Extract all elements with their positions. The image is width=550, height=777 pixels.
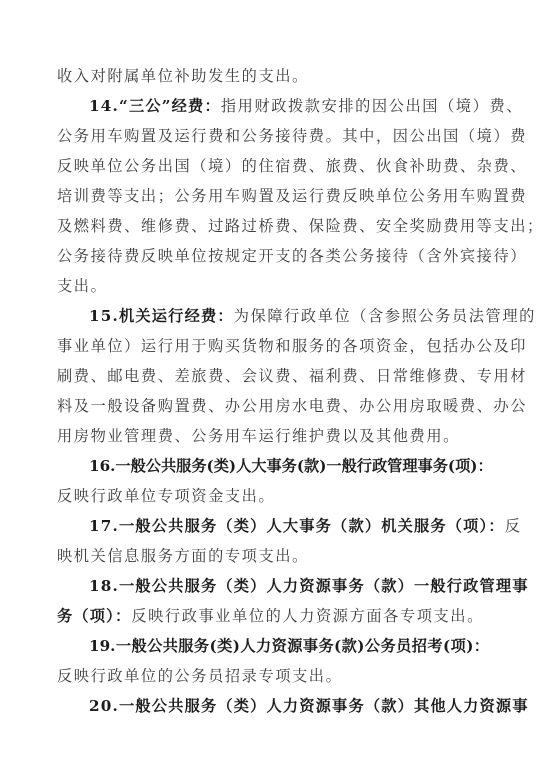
section-18-heading: 18.一般公共服务（类）人力资源事务（款）一般行政管理事 [89,576,489,596]
text-line: 映机关信息服务方面的专项支出。 [57,546,489,566]
text-line: 公务接待费反映单位按规定开支的各类公务接待（含外宾接待） [57,246,489,266]
document-page: 收入对附属单位补助发生的支出。 14.“三公”经费：指用财政拨款安排的因公出国（… [0,0,550,777]
section-17-heading: 17.一般公共服务（类）人大事务（款）机关服务（项）：反 [89,516,489,536]
section-19-heading: 19.一般公共服务(类)人力资源事务(款)公务员招考(项)： [89,636,489,656]
section-20-heading: 20.一般公共服务（类）人力资源事务（款）其他人力资源事 [89,696,489,716]
text-line: 公务用车购置及运行费和公务接待费。其中，因公出国（境）费 [57,126,489,146]
text-line: 培训费等支出；公务用车购置及运行费反映单位公务用车购置费 [57,186,489,206]
text-line: 刷费、邮电费、差旅费、会议费、福利费、日常维修费、专用材 [57,366,489,386]
text-line: 务（项）：反映行政事业单位的人力资源方面各专项支出。 [57,606,489,626]
text-line: 及燃料费、维修费、过路过桥费、保险费、安全奖励费用等支出； [57,216,489,236]
text-line: 反映单位公务出国（境）的住宿费、旅费、伙食补助费、杂费、 [57,156,489,176]
section-14-heading: 14.“三公”经费：指用财政拨款安排的因公出国（境）费、 [89,96,489,116]
text-line: 收入对附属单位补助发生的支出。 [57,66,489,86]
text-line: 反映行政单位专项资金支出。 [57,486,489,506]
text-line: 料及一般设备购置费、办公用房水电费、办公用房取暖费、办公 [57,396,489,416]
text-line: 支出。 [57,276,489,296]
text-line: 用房物业管理费、公务用车运行维护费以及其他费用。 [57,426,489,446]
text-line: 反映行政单位的公务员招录专项支出。 [57,666,489,686]
section-16-heading: 16.一般公共服务(类)人大事务(款)一般行政管理事务(项)： [89,456,489,476]
section-15-heading: 15.机关运行经费：为保障行政单位（含参照公务员法管理的 [89,306,489,326]
text-line: 事业单位）运行用于购买货物和服务的各项资金，包括办公及印 [57,336,489,356]
